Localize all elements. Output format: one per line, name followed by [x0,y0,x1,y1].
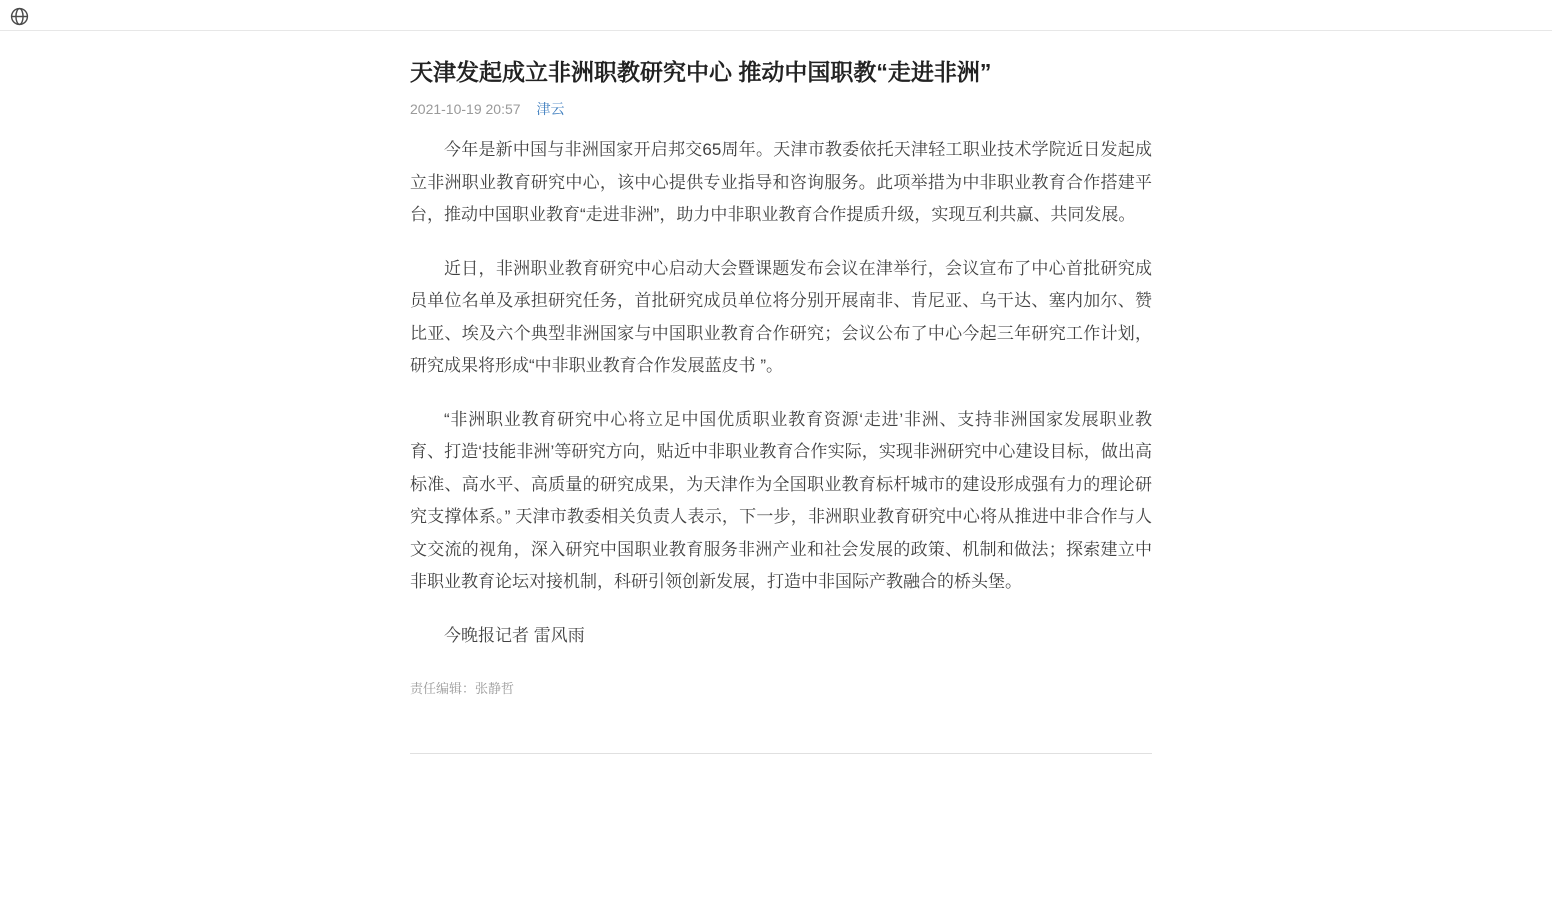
publish-date: 2021-10-19 20:57 [410,101,521,117]
article-body: 今年是新中国与非洲国家开启邦交65周年。天津市教委依托天津轻工职业技术学院近日发… [410,134,1152,652]
top-bar [0,0,1552,31]
article: 天津发起成立非洲职教研究中心 推动中国职教“走进非洲” 2021-10-19 2… [393,31,1169,754]
paragraph-1: 今年是新中国与非洲国家开启邦交65周年。天津市教委依托天津轻工职业技术学院近日发… [410,134,1152,232]
paragraph-3: “非洲职业教育研究中心将立足中国优质职业教育资源‘走进’非洲、支持非洲国家发展职… [410,404,1152,599]
bottom-divider [410,753,1152,754]
globe-icon[interactable] [10,7,29,26]
article-meta: 2021-10-19 20:57津云 [410,99,1152,119]
editor-credit: 责任编辑：张静哲 [410,678,1152,697]
reporter-byline: 今晚报记者 雷风雨 [410,620,1152,653]
paragraph-2: 近日，非洲职业教育研究中心启动大会暨课题发布会议在津举行，会议宣布了中心首批研究… [410,253,1152,383]
source-link[interactable]: 津云 [537,101,565,117]
article-title: 天津发起成立非洲职教研究中心 推动中国职教“走进非洲” [410,58,1152,86]
